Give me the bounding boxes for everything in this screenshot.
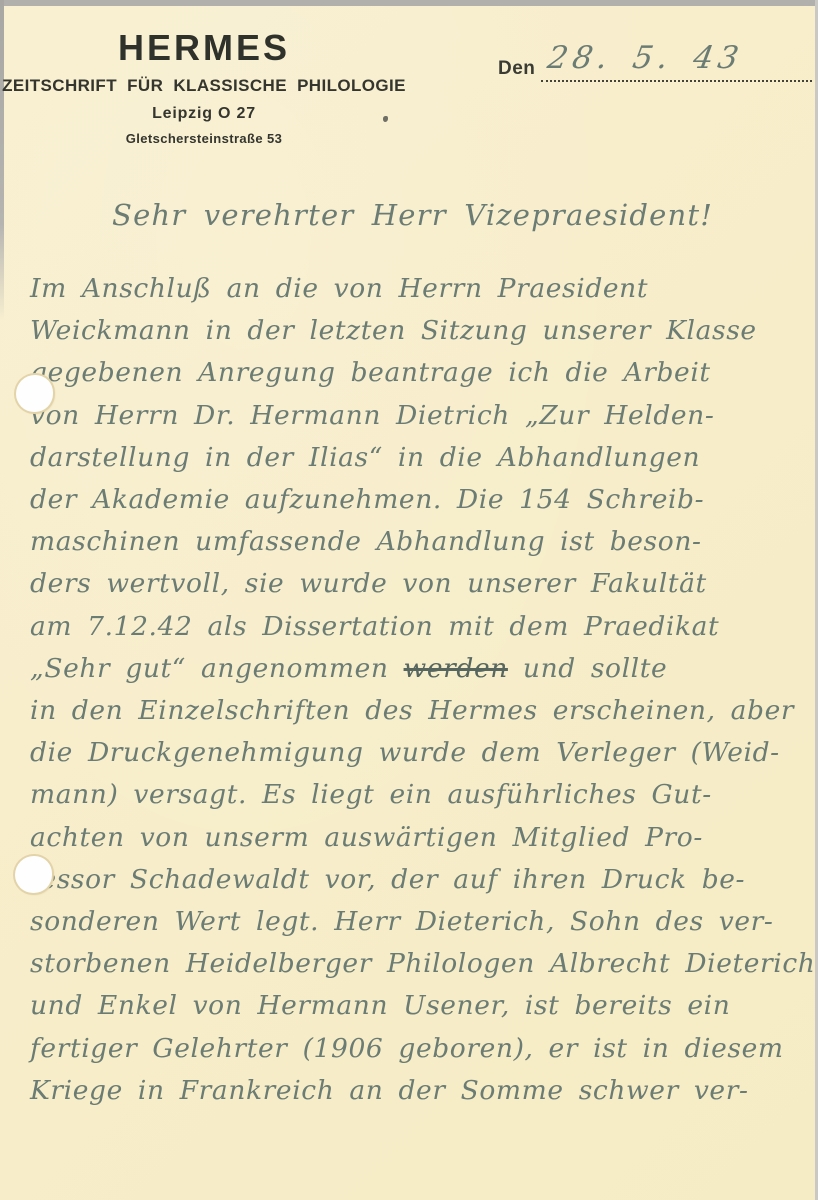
letter-line: gegebenen Anregung beantrage ich die Arb… [30, 352, 796, 394]
letter-line: von Herrn Dr. Hermann Dietrich „Zur Held… [30, 395, 796, 437]
letter-line: fessor Schadewaldt vor, der auf ihren Dr… [30, 859, 796, 901]
letter-line: ders wertvoll, sie wurde von unserer Fak… [30, 563, 796, 605]
date-handwritten: 28. 5. 43 [545, 40, 746, 76]
letter-line: darstellung in der Ilias“ in die Abhandl… [30, 437, 796, 479]
crossed-out-word: werden [404, 653, 508, 684]
letter-line: mann) versagt. Es liegt ein ausführliche… [30, 774, 796, 816]
letter-line: Im Anschluß an die von Herrn Praesident [30, 268, 796, 310]
letter-line: in den Einzelschriften des Hermes ersche… [30, 690, 796, 732]
letter-line: Weickmann in der letzten Sitzung unserer… [30, 310, 796, 352]
letter-line: fertiger Gelehrter (1906 geboren), er is… [30, 1028, 796, 1070]
letterhead: HERMES ZEITSCHRIFT FÜR KLASSISCHE PHILOL… [0, 30, 408, 146]
letterhead-street: Gletschersteinstraße 53 [0, 131, 408, 146]
scanned-letter-page: HERMES ZEITSCHRIFT FÜR KLASSISCHE PHILOL… [0, 0, 818, 1200]
letter-line: maschinen umfassende Abhandlung ist beso… [30, 521, 796, 563]
salutation: Sehr verehrter Herr Vizepraesident! [112, 198, 713, 232]
letter-line: „Sehr gut“ angenommen werden und sollte [30, 648, 796, 690]
letter-line: sonderen Wert legt. Herr Dieterich, Sohn… [30, 901, 796, 943]
letter-line: und Enkel von Hermann Usener, ist bereit… [30, 985, 796, 1027]
hole-punch-top [16, 375, 53, 412]
letter-body-lines: Im Anschluß an die von Herrn PraesidentW… [30, 268, 796, 1112]
letter-line: am 7.12.42 als Dissertation mit dem Prae… [30, 606, 796, 648]
letter-line: der Akademie aufzunehmen. Die 154 Schrei… [30, 479, 796, 521]
letter-line: Kriege in Frankreich an der Somme schwer… [30, 1070, 796, 1112]
letterhead-city: Leipzig O 27 [0, 105, 408, 123]
letter-line: die Druckgenehmigung wurde dem Verleger … [30, 732, 796, 774]
scan-edge-top [0, 0, 818, 6]
date-label: Den [498, 58, 535, 80]
letterhead-subtitle: ZEITSCHRIFT FÜR KLASSISCHE PHILOLOGIE [0, 76, 408, 96]
letterhead-title: HERMES [0, 30, 408, 66]
hole-punch-bottom [15, 856, 52, 893]
letter-line: achten von unserm auswärtigen Mitglied P… [30, 817, 796, 859]
letter-line: storbenen Heidelberger Philologen Albrec… [30, 943, 796, 985]
